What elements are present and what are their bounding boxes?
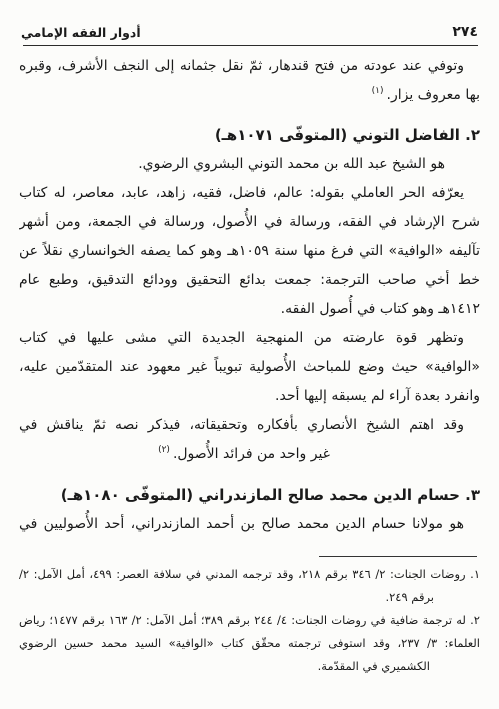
text-line: «الوافية» حيث وضع للمباحث الأُصولية تبوي… [19, 353, 480, 382]
text-line: ١٤١٢هـ وهو كتاب في أُصول الفقه. [19, 295, 480, 324]
text-line: بها معروف يزار.(١) [19, 81, 480, 110]
text-line: غير واحد من فرائد الأُصول.(٢) [19, 440, 480, 469]
page-body: وتوفي عند عودته من فتح قندهار، ثمّ نقل ج… [0, 46, 499, 539]
text-line: وتوفي عند عودته من فتح قندهار، ثمّ نقل ج… [19, 52, 480, 81]
page-number: ٢٧٤ [452, 24, 478, 40]
footnote-marker: (١) [372, 86, 387, 96]
text-line: وتظهر قوة عارضته من المنهجية الجديدة الت… [19, 324, 480, 353]
page-header: ٢٧٤ أدوار الفقه الإمامي [0, 0, 499, 40]
footnote-line: ٢. له ترجمة ضافية في روضات الجنات: ٤/ ٢٤… [19, 609, 480, 632]
footnote-line: العلماء: ٣/ ٢٣٧، وقد استوفى ترجمته محقّق… [19, 632, 480, 655]
text-line: تآليفه «الوافية» التي فرغ منها سنة ١٠٥٩ه… [19, 237, 480, 266]
text-fragment: غير واحد من فرائد الأُصول. [173, 446, 330, 462]
text-line: وانفرد بعدة آراء لم يسبقه إليها أحد. [19, 382, 480, 411]
text-line: هو الشيخ عبد الله بن محمد التوني البشروي… [19, 150, 480, 179]
text-line: شرح الإرشاد في الفقه، ورسالة في الأُصول،… [19, 208, 480, 237]
text-line: وقد اهتم الشيخ الأنصاري بأفكاره وتحقيقات… [19, 411, 480, 440]
footnotes-block: ١. روضات الجنات: ٢/ ٣٤٦ برقم ٢١٨، وقد تر… [0, 557, 499, 678]
text-line: هو مولانا حسام الدين محمد صالح بن أحمد ا… [19, 510, 480, 539]
footnote-line: ١. روضات الجنات: ٢/ ٣٤٦ برقم ٢١٨، وقد تر… [19, 563, 480, 586]
text-line: يعرّفه الحر العاملي بقوله: عالم، فاضل، ف… [19, 179, 480, 208]
footnote-2: ٢. له ترجمة ضافية في روضات الجنات: ٤/ ٢٤… [19, 609, 480, 678]
footnote-1: ١. روضات الجنات: ٢/ ٣٤٦ برقم ٢١٨، وقد تر… [19, 563, 480, 609]
footnote-line: الكشميري في المقدّمة. [19, 655, 480, 678]
section-heading-3: ٣. حسام الدين محمد صالح المازندراني (الم… [19, 481, 480, 510]
book-title: أدوار الفقه الإمامي [21, 25, 141, 40]
footnote-marker: (٢) [158, 445, 173, 455]
text-fragment: بها معروف يزار. [387, 87, 481, 103]
book-page: ٢٧٤ أدوار الفقه الإمامي وتوفي عند عودته … [0, 0, 499, 709]
text-line: خط أخي صاحب الترجمة: جمعت بدائع التحقيق … [19, 266, 480, 295]
footnote-line: برقم ٢٤٩. [19, 586, 480, 609]
section-heading-2: ٢. الفاضل التوني (المتوفّى ١٠٧١هـ) [19, 121, 480, 150]
